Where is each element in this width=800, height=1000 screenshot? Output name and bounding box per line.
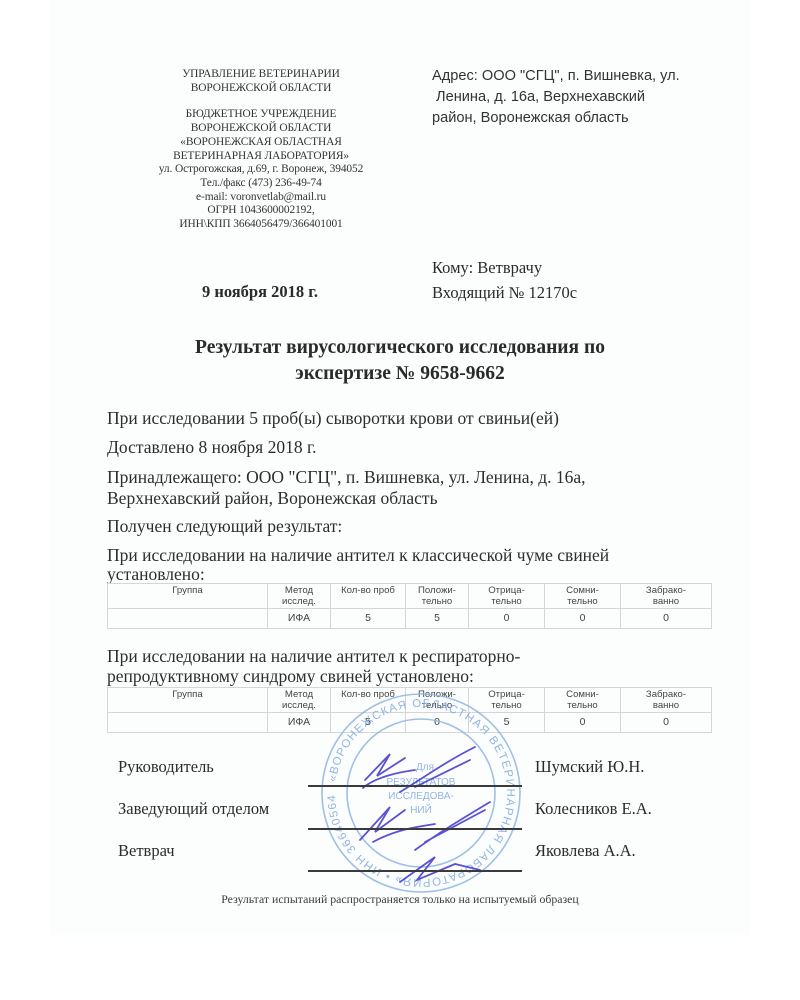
incoming-number: Входящий № 12170с <box>432 283 577 303</box>
col-header-group: Группа <box>108 584 268 609</box>
cell-doubtful: 0 <box>545 609 621 629</box>
signature-name: Яковлева А.А. <box>535 841 636 861</box>
signature-name: Шумский Ю.Н. <box>535 757 644 777</box>
org-line: УПРАВЛЕНИЕ ВЕТЕРИНАРИИ <box>130 68 392 82</box>
svg-text:ИССЛЕДОВА-: ИССЛЕДОВА- <box>388 791 453 802</box>
signature-line <box>308 785 522 787</box>
result-intro: Получен следующий результат: <box>107 516 717 537</box>
svg-text:НИЙ: НИЙ <box>410 803 432 816</box>
col-header-method: Методисслед. <box>268 584 331 609</box>
cell-rejected: 0 <box>621 609 712 629</box>
signature-role: Заведующий отделом <box>118 799 269 819</box>
col-header-group: Группа <box>108 688 268 713</box>
document-title: Результат вирусологического исследования… <box>100 335 700 387</box>
test2-intro-line1: При исследовании на наличие антител к ре… <box>107 646 717 667</box>
org-phone: Тел./факс (473) 236-49-74 <box>130 177 392 191</box>
col-header-positive: Положи-тельно <box>406 584 469 609</box>
col-header-doubtful: Сомни-тельно <box>545 584 621 609</box>
org-email: e-mail: voronvetlab@mail.ru <box>130 191 392 205</box>
cell-method: ИФА <box>268 609 331 629</box>
org-address: ул. Острогожская, д.69, г. Воронеж, 3940… <box>130 163 392 177</box>
org-line: ВОРОНЕЖСКОЙ ОБЛАСТИ <box>130 122 392 136</box>
delivered-text: Доставлено 8 ноября 2018 г. <box>107 437 717 458</box>
signature-name: Колесников Е.А. <box>535 799 652 819</box>
address-line: Ленина, д. 16а, Верхнехавский <box>432 87 732 108</box>
address-line: Адрес: ООО "СГЦ", п. Вишневка, ул. <box>432 66 732 87</box>
cell-group <box>108 609 268 629</box>
signature-line <box>308 870 522 872</box>
test2-intro-line2: репродуктивному синдрому свиней установл… <box>107 666 717 687</box>
footer-disclaimer: Результат испытаний распространяется тол… <box>100 892 700 907</box>
recipient: Кому: Ветврачу <box>432 258 542 278</box>
signature-role: Руководитель <box>118 757 214 777</box>
official-stamp-icon: «ВОРОНЕЖСКАЯ ОБЛАСТНАЯ ВЕТЕРИНАРНАЯ ЛАБО… <box>305 692 537 894</box>
col-header-doubtful: Сомни-тельно <box>545 688 621 713</box>
cell-rejected: 0 <box>621 713 712 733</box>
org-inn: ИНН\КПП 3664056479/366401001 <box>130 218 392 232</box>
signature-line <box>308 828 522 830</box>
cell-doubtful: 0 <box>545 713 621 733</box>
cell-positive: 5 <box>406 609 469 629</box>
signature-role: Ветврач <box>118 841 175 861</box>
test1-intro-line1: При исследовании на наличие антител к кл… <box>107 545 717 566</box>
col-header-negative: Отрица-тельно <box>469 584 545 609</box>
results-table-csf: Группа Методисслед. Кол-во проб Положи-т… <box>107 583 712 629</box>
org-line: ВОРОНЕЖСКОЙ ОБЛАСТИ <box>130 82 392 96</box>
table-header-row: Группа Методисслед. Кол-во проб Положи-т… <box>108 584 712 609</box>
col-header-rejected: Забрако-ванно <box>621 688 712 713</box>
org-line: БЮДЖЕТНОЕ УЧРЕЖДЕНИЕ <box>130 108 392 122</box>
document-date: 9 ноября 2018 г. <box>150 282 370 302</box>
org-line: «ВОРОНЕЖСКАЯ ОБЛАСТНАЯ <box>130 136 392 150</box>
table-row: ИФА 5 5 0 0 0 <box>108 609 712 629</box>
title-line: Результат вирусологического исследования… <box>100 335 700 361</box>
owner-text-line2: Верхнехавский район, Воронежская область <box>107 488 717 509</box>
title-line: экспертизе № 9658-9662 <box>100 361 700 387</box>
recipient-address: Адрес: ООО "СГЦ", п. Вишневка, ул. Ленин… <box>432 66 732 129</box>
owner-text-line1: Принадлежащего: ООО "СГЦ", п. Вишневка, … <box>107 467 717 488</box>
cell-count: 5 <box>331 609 406 629</box>
test1-intro-line2: установлено: <box>107 564 717 585</box>
org-ogrn: ОГРН 1043600002192, <box>130 204 392 218</box>
org-line: ВЕТЕРИНАРНАЯ ЛАБОРАТОРИЯ» <box>130 150 392 164</box>
col-header-count: Кол-во проб <box>331 584 406 609</box>
col-header-rejected: Забрако-ванно <box>621 584 712 609</box>
cell-negative: 0 <box>469 609 545 629</box>
cell-group <box>108 713 268 733</box>
samples-text: При исследовании 5 проб(ы) сыворотки кро… <box>107 408 717 429</box>
address-line: район, Воронежская область <box>432 108 732 129</box>
organization-header: УПРАВЛЕНИЕ ВЕТЕРИНАРИИ ВОРОНЕЖСКОЙ ОБЛАС… <box>130 68 392 232</box>
